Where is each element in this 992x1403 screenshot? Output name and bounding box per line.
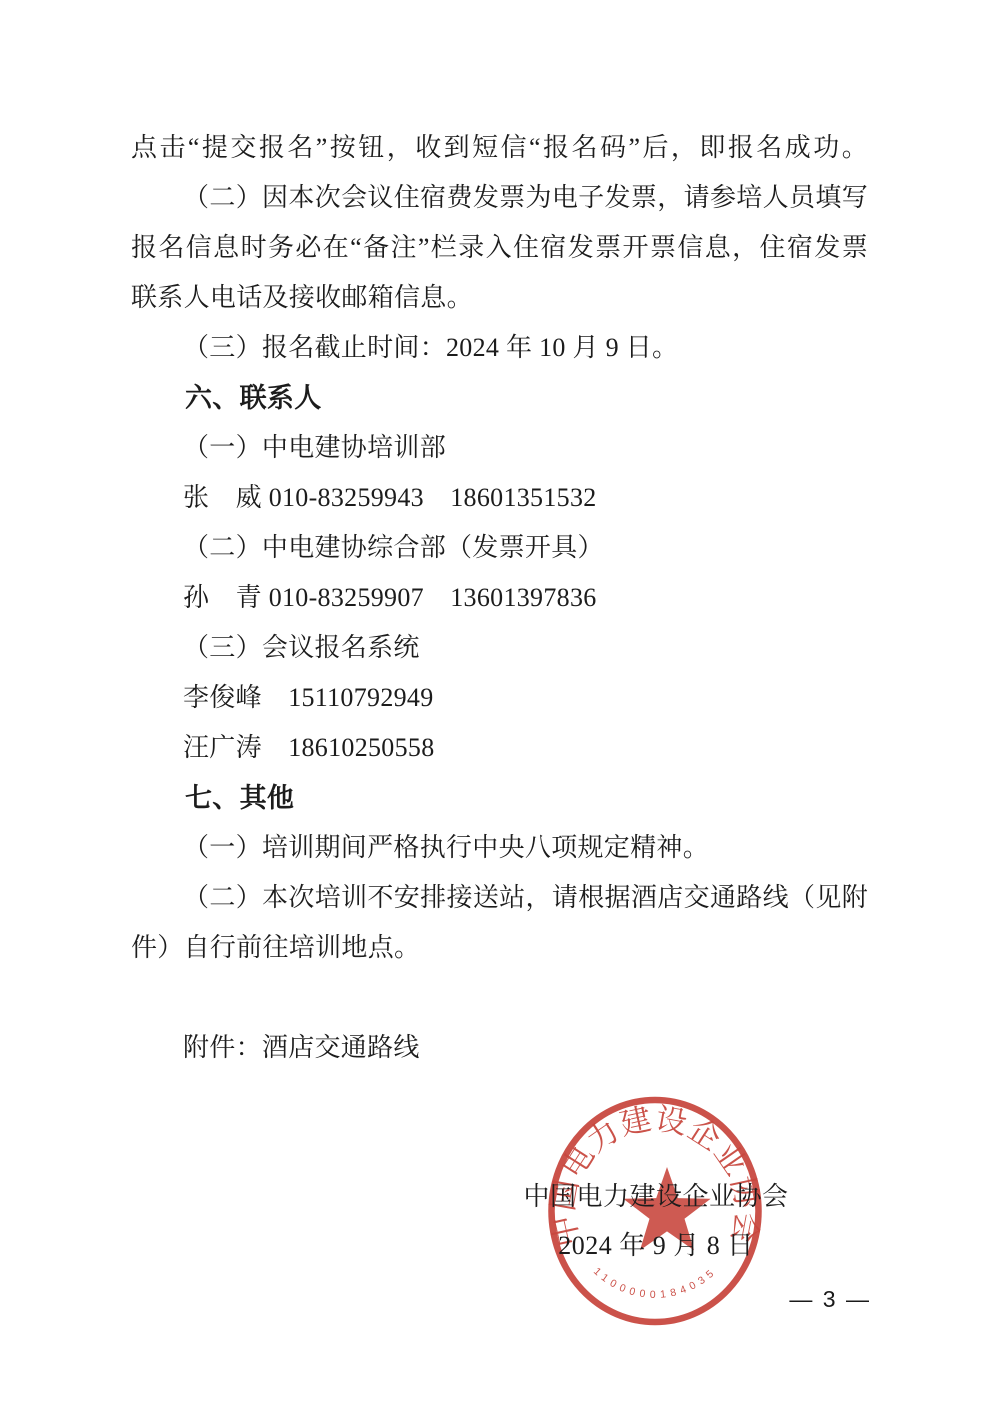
document-body: 点击“提交报名”按钮，收到短信“报名码”后，即报名成功。 （二）因本次会议住宿费… — [131, 123, 868, 1073]
seal-code: 1100000184035 — [591, 1265, 718, 1300]
seal-code-holder: 1100000184035 — [591, 1265, 718, 1300]
attachment-note: 附件：酒店交通路线 — [131, 1023, 868, 1073]
contact-sun-qing: 孙 青 010-83259907 13601397836 — [131, 573, 868, 623]
others-item-1: （一）培训期间严格执行中央八项规定精神。 — [131, 823, 868, 873]
spacer — [131, 973, 868, 1023]
page-number: — 3 — — [789, 1286, 871, 1313]
contact-li-junfeng: 李俊峰 15110792949 — [131, 673, 868, 723]
deadline-line: （三）报名截止时间：2024 年 10 月 9 日。 — [131, 323, 868, 373]
intro-tail-line: 点击“提交报名”按钮，收到短信“报名码”后，即报名成功。 — [131, 123, 868, 173]
contact-registration-system: （三）会议报名系统 — [131, 623, 868, 673]
section-others-heading: 七、其他 — [131, 773, 868, 823]
others-item-2-line-1: （二）本次培训不安排接送站，请根据酒店交通路线（见附 — [131, 873, 868, 923]
contact-dept-general: （二）中电建协综合部（发票开具） — [131, 523, 868, 573]
document-page: { "page": { "number": "— 3 —" }, "conten… — [0, 0, 992, 1403]
signature-organization: 中国电力建设企业协会 — [521, 1180, 791, 1214]
signature-date: 2024 年 9 月 8 日 — [521, 1230, 791, 1262]
invoice-notice-line-3: 联系人电话及接收邮箱信息。 — [131, 273, 868, 323]
contact-wang-guangtao: 汪广涛 18610250558 — [131, 723, 868, 773]
contact-dept-training: （一）中电建协培训部 — [131, 423, 868, 473]
invoice-notice-line-2: 报名信息时务必在“备注”栏录入住宿发票开票信息，住宿发票 — [131, 223, 868, 273]
section-contacts-heading: 六、联系人 — [131, 373, 868, 423]
invoice-notice-line-1: （二）因本次会议住宿费发票为电子发票，请参培人员填写 — [131, 173, 868, 223]
others-item-2-line-2: 件）自行前往培训地点。 — [131, 923, 868, 973]
contact-zhang-wei: 张 威 010-83259943 18601351532 — [131, 473, 868, 523]
signature-block: 中国电力建设企业协会 2024 年 9 月 8 日 — [521, 1180, 791, 1262]
